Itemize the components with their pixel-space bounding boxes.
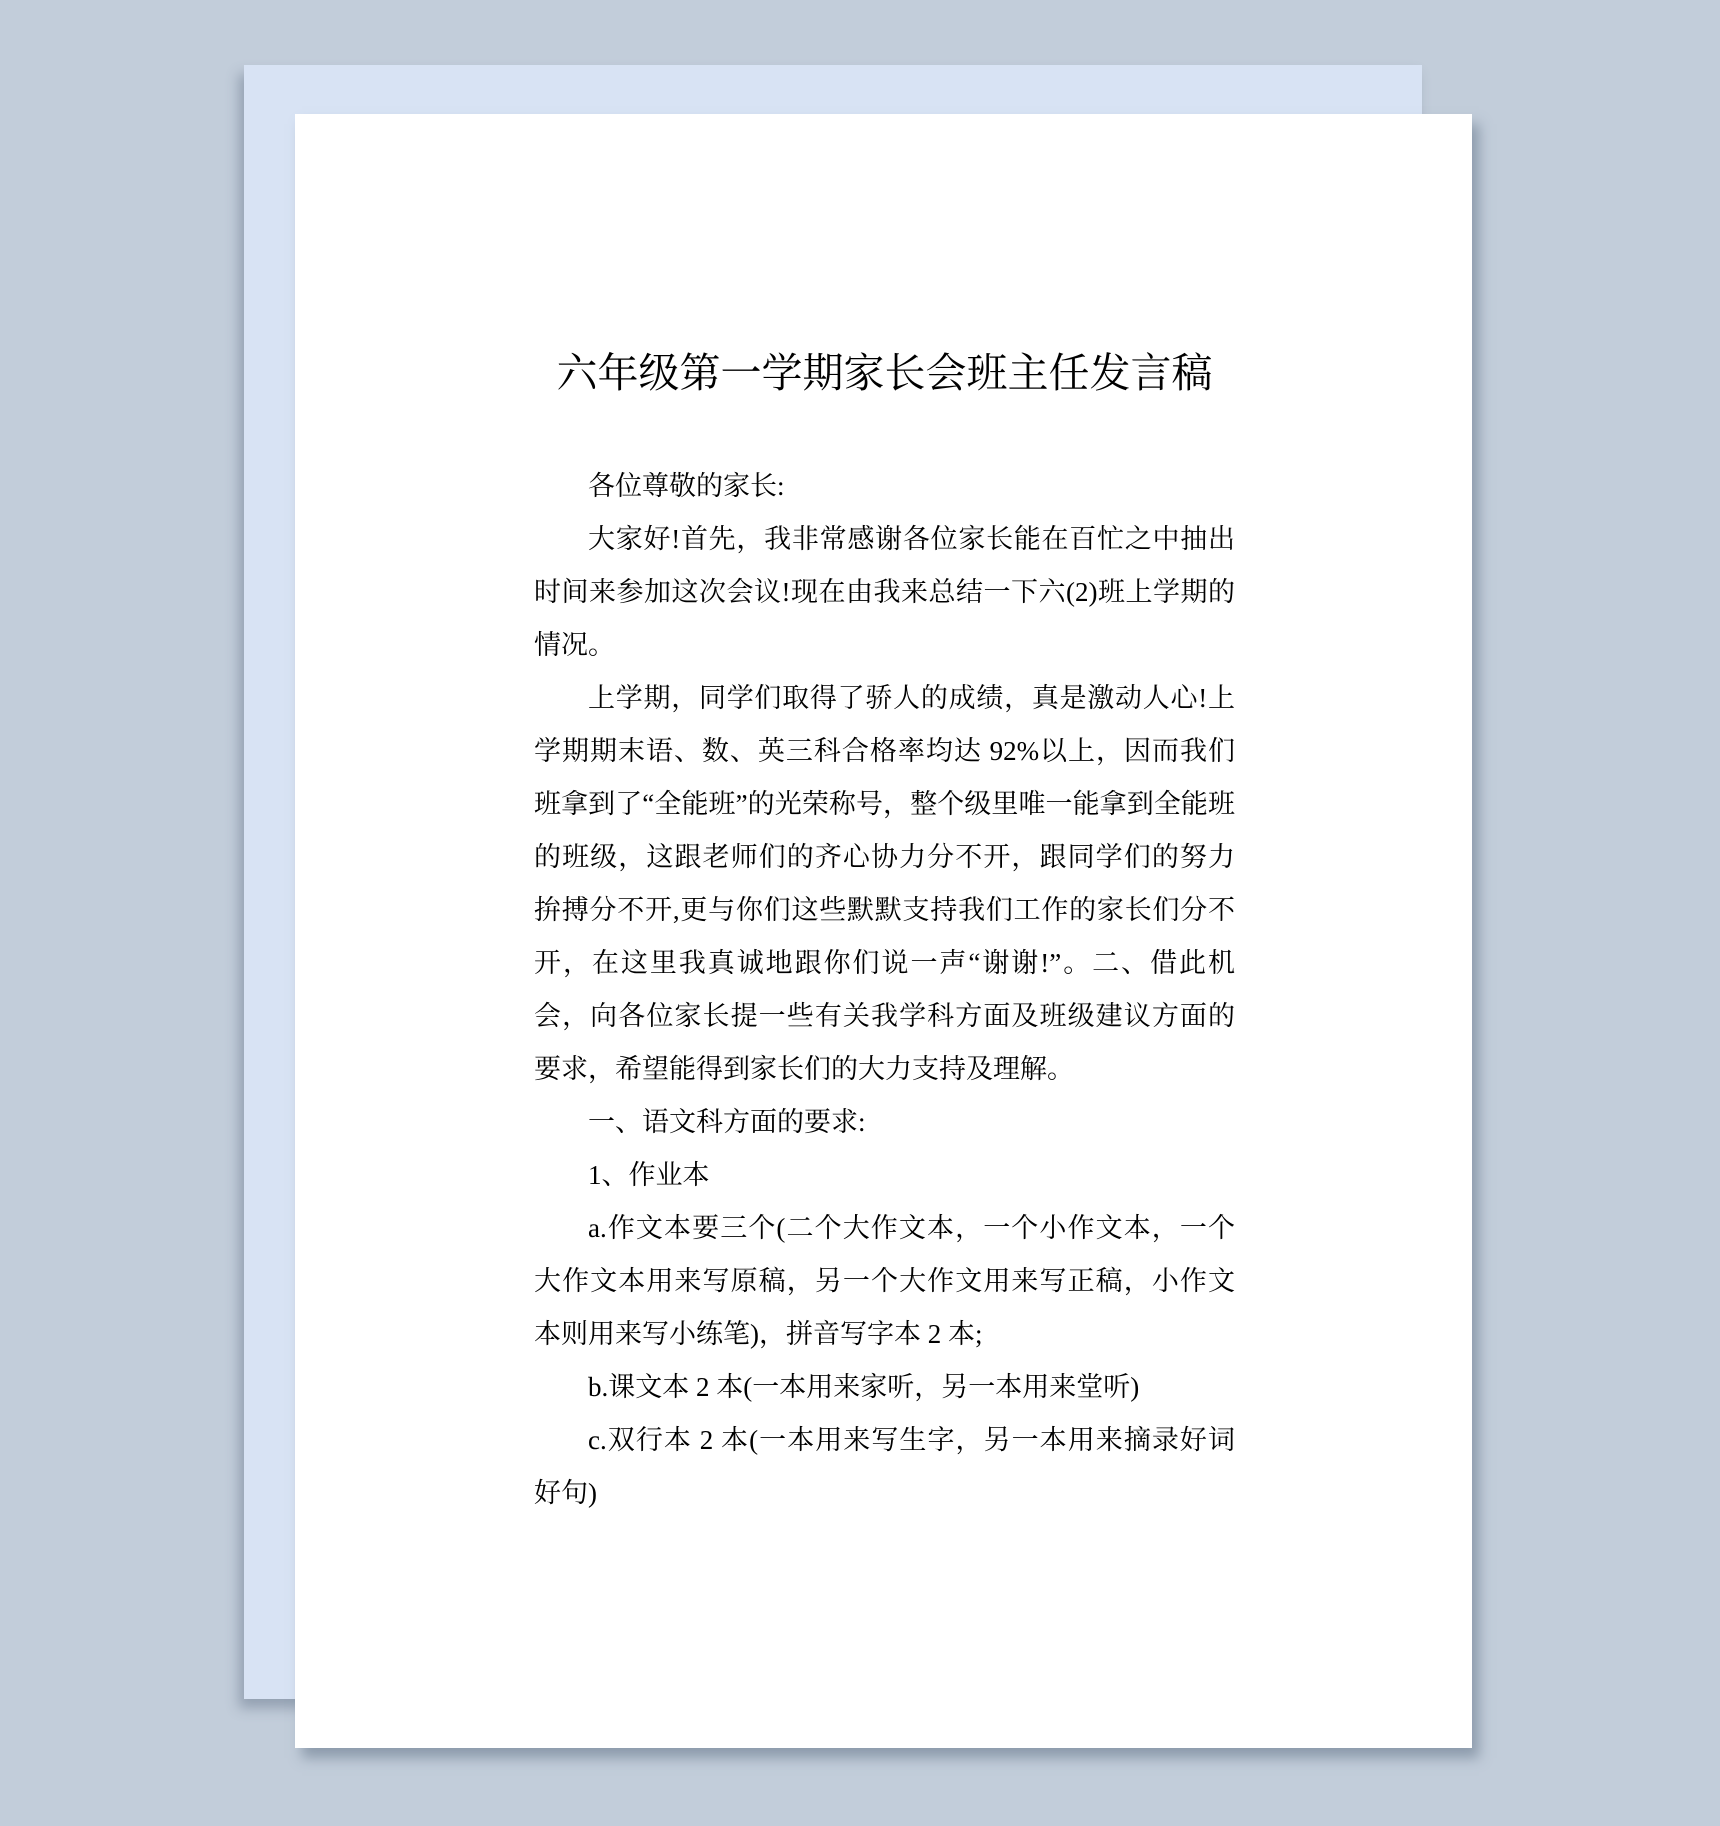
paragraph-item-notebooks: 1、作业本 <box>534 1149 1235 1202</box>
document-body: 各位尊敬的家长: 大家好!首先，我非常感谢各位家长能在百忙之中抽出时间来参加这次… <box>534 460 1235 1520</box>
paragraph-salutation: 各位尊敬的家长: <box>534 460 1235 513</box>
paragraph-item-b: b.课文本 2 本(一本用来家听，另一本用来堂听) <box>534 1361 1235 1414</box>
paragraph-item-c: c.双行本 2 本(一本用来写生字，另一本用来摘录好词好句) <box>534 1414 1235 1520</box>
document-preview: 六年级第一学期家长会班主任发言稿 各位尊敬的家长: 大家好!首先，我非常感谢各位… <box>0 0 1720 1826</box>
paragraph-item-a: a.作文本要三个(二个大作文本，一个小作文本，一个大作文本用来写原稿，另一个大作… <box>534 1202 1235 1361</box>
paragraph-section-chinese: 一、语文科方面的要求: <box>534 1096 1235 1149</box>
document-title: 六年级第一学期家长会班主任发言稿 <box>534 342 1235 404</box>
paragraph-greeting: 大家好!首先，我非常感谢各位家长能在百忙之中抽出时间来参加这次会议!现在由我来总… <box>534 513 1235 672</box>
document-page: 六年级第一学期家长会班主任发言稿 各位尊敬的家长: 大家好!首先，我非常感谢各位… <box>295 114 1472 1748</box>
paragraph-results: 上学期，同学们取得了骄人的成绩，真是激动人心!上学期期末语、数、英三科合格率均达… <box>534 672 1235 1096</box>
